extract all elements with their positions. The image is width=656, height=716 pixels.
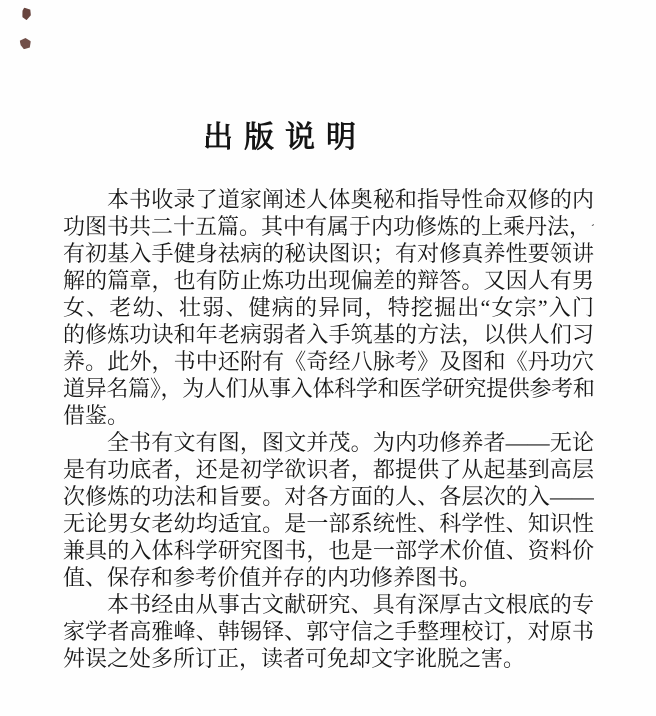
text-line: 功图书共二十五篇。其中有属于内功修炼的上乘丹法，也 [63, 213, 594, 240]
text-line: 有初基入手健身祛病的秘诀图识；有对修真养性要领讲 [63, 240, 594, 267]
text-line: 兼具的入体科学研究图书，也是一部学术价值、资料价 [63, 537, 594, 564]
text-line: 是有功底者，还是初学欲识者，都提供了从起基到高层 [63, 456, 594, 483]
text-line: 值、保存和参考价值并存的内功修养图书。 [63, 564, 594, 591]
text-line: 的修炼功诀和年老病弱者入手筑基的方法，以供人们习 [63, 321, 594, 348]
text-line: 次修炼的功法和旨要。对各方面的人、各层次的入—— [63, 483, 594, 510]
text-line: 全书有文有图，图文并茂。为内功修养者——无论 [63, 429, 594, 456]
ink-speck-top [21, 7, 32, 20]
text-line: 本书收录了道家阐述人体奥秘和指导性命双修的内 [63, 186, 594, 213]
text-line: 养。此外，书中还附有《奇经八脉考》及图和《丹功穴 [63, 348, 594, 375]
text-line: 女、老幼、壮弱、健病的异同，特挖掘出“女宗”入门 [63, 294, 594, 321]
text-line: 道异名篇》，为人们从事入体科学和医学研究提供参考和 [63, 375, 594, 402]
ink-speck-bottom [19, 37, 31, 49]
text-line: 舛误之处多所订正，读者可免却文字讹脱之害。 [63, 645, 594, 672]
text-line: 无论男女老幼均适宜。是一部系统性、科学性、知识性 [63, 510, 594, 537]
scanned-book-page: 出版说明 本书收录了道家阐述人体奥秘和指导性命双修的内 功图书共二十五篇。其中有… [0, 0, 656, 716]
text-line: 借鉴。 [63, 402, 594, 429]
page-title: 出版说明 [203, 112, 367, 156]
text-line: 家学者高雅峰、韩锡铎、郭守信之手整理校订，对原书 [63, 618, 594, 645]
body-text: 本书收录了道家阐述人体奥秘和指导性命双修的内 功图书共二十五篇。其中有属于内功修… [63, 186, 594, 672]
text-line: 解的篇章，也有防止炼功出现偏差的辩答。又因人有男 [63, 267, 594, 294]
text-line: 本书经由从事古文献研究、具有深厚古文根底的专 [63, 591, 594, 618]
